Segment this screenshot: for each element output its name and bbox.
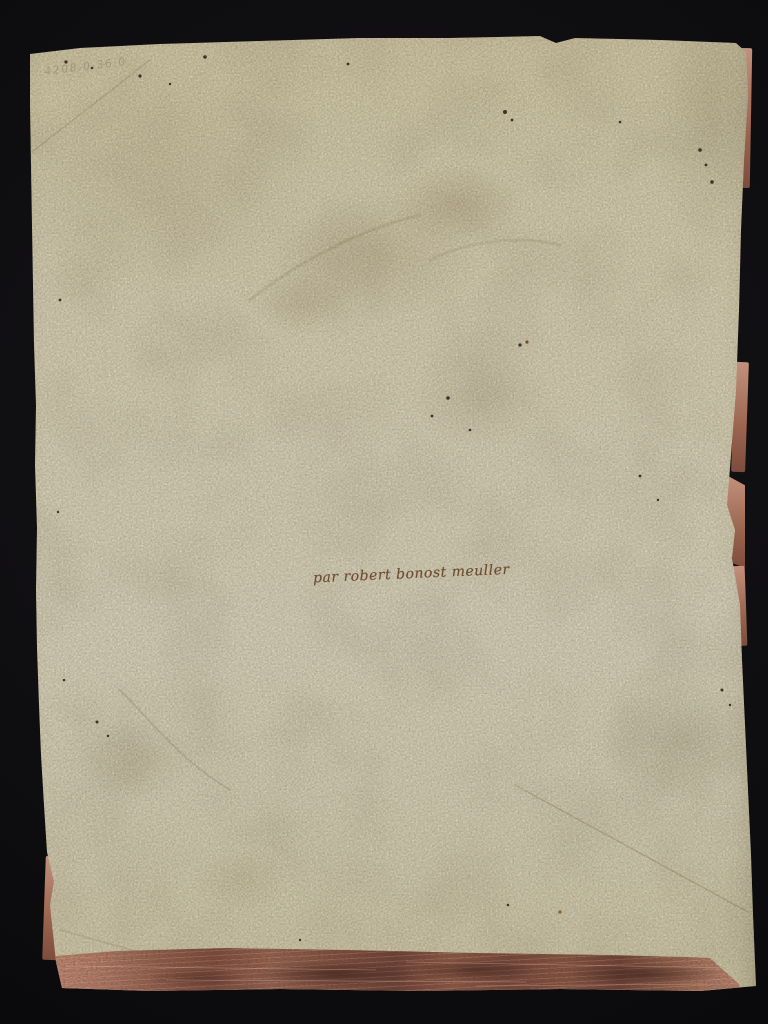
- photo-background: par robert bonost meuller 4208.0.36.0: [0, 0, 768, 1024]
- paper-sheet: par robert bonost meuller 4208.0.36.0: [0, 0, 768, 1024]
- paper-texture: [0, 0, 768, 1024]
